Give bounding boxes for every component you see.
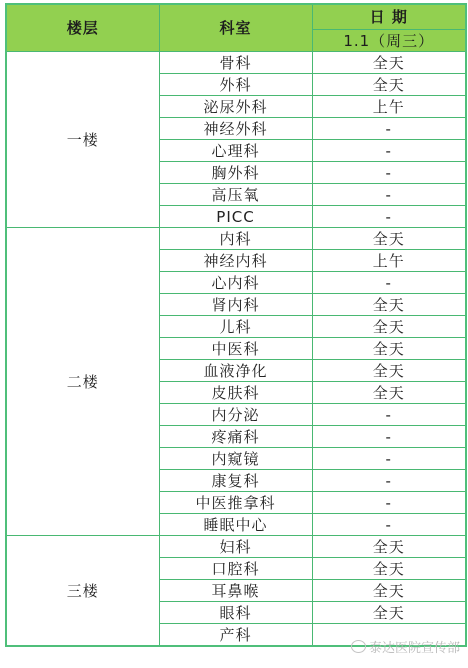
department-cell: 产科 (159, 624, 312, 647)
floor-cell: 一楼 (6, 52, 159, 228)
status-cell: - (312, 272, 466, 294)
header-date-group: 日 期 (312, 4, 466, 30)
department-cell: 皮肤科 (159, 382, 312, 404)
status-cell: - (312, 206, 466, 228)
department-cell: 外科 (159, 74, 312, 96)
header-department: 科室 (159, 4, 312, 52)
department-cell: 口腔科 (159, 558, 312, 580)
status-cell: - (312, 162, 466, 184)
status-cell: 全天 (312, 558, 466, 580)
department-cell: 睡眠中心 (159, 514, 312, 536)
table-row: 三楼妇科全天 (6, 536, 466, 558)
department-cell: 心内科 (159, 272, 312, 294)
department-cell: 眼科 (159, 602, 312, 624)
department-cell: 高压氧 (159, 184, 312, 206)
department-cell: 内科 (159, 228, 312, 250)
department-cell: 骨科 (159, 52, 312, 74)
status-cell: 全天 (312, 602, 466, 624)
department-cell: 中医科 (159, 338, 312, 360)
status-cell: 全天 (312, 294, 466, 316)
status-cell: - (312, 404, 466, 426)
department-cell: 内分泌 (159, 404, 312, 426)
watermark: 泰达医院宣传部 (351, 637, 460, 656)
header-floor: 楼层 (6, 4, 159, 52)
status-cell: 全天 (312, 316, 466, 338)
status-cell: - (312, 470, 466, 492)
department-cell: 疼痛科 (159, 426, 312, 448)
status-cell: 上午 (312, 96, 466, 118)
department-cell: 泌尿外科 (159, 96, 312, 118)
floor-cell: 三楼 (6, 536, 159, 647)
department-cell: PICC (159, 206, 312, 228)
table-row: 一楼骨科全天 (6, 52, 466, 74)
department-cell: 耳鼻喉 (159, 580, 312, 602)
status-cell: - (312, 184, 466, 206)
status-cell: - (312, 118, 466, 140)
status-cell: 全天 (312, 74, 466, 96)
department-cell: 妇科 (159, 536, 312, 558)
wechat-icon (351, 640, 366, 653)
status-cell: 全天 (312, 360, 466, 382)
status-cell: 全天 (312, 580, 466, 602)
department-cell: 中医推拿科 (159, 492, 312, 514)
status-cell: 全天 (312, 382, 466, 404)
status-cell: - (312, 448, 466, 470)
schedule-table: 楼层 科室 日 期 1.1（周三） 一楼骨科全天外科全天泌尿外科上午神经外科-心… (5, 3, 467, 647)
status-cell: - (312, 426, 466, 448)
department-cell: 肾内科 (159, 294, 312, 316)
department-cell: 心理科 (159, 140, 312, 162)
department-cell: 胸外科 (159, 162, 312, 184)
status-cell: 全天 (312, 228, 466, 250)
floor-cell: 二楼 (6, 228, 159, 536)
department-cell: 血液净化 (159, 360, 312, 382)
status-cell: - (312, 492, 466, 514)
department-cell: 神经外科 (159, 118, 312, 140)
status-cell: - (312, 140, 466, 162)
status-cell: 全天 (312, 536, 466, 558)
department-cell: 儿科 (159, 316, 312, 338)
department-cell: 康复科 (159, 470, 312, 492)
department-cell: 内窥镜 (159, 448, 312, 470)
status-cell: 上午 (312, 250, 466, 272)
watermark-text: 泰达医院宣传部 (369, 637, 460, 656)
status-cell: 全天 (312, 338, 466, 360)
schedule-body: 一楼骨科全天外科全天泌尿外科上午神经外科-心理科-胸外科-高压氧-PICC-二楼… (6, 52, 466, 647)
status-cell: - (312, 514, 466, 536)
status-cell: 全天 (312, 52, 466, 74)
department-cell: 神经内科 (159, 250, 312, 272)
table-row: 二楼内科全天 (6, 228, 466, 250)
header-row: 楼层 科室 日 期 (6, 4, 466, 30)
header-date: 1.1（周三） (312, 30, 466, 52)
